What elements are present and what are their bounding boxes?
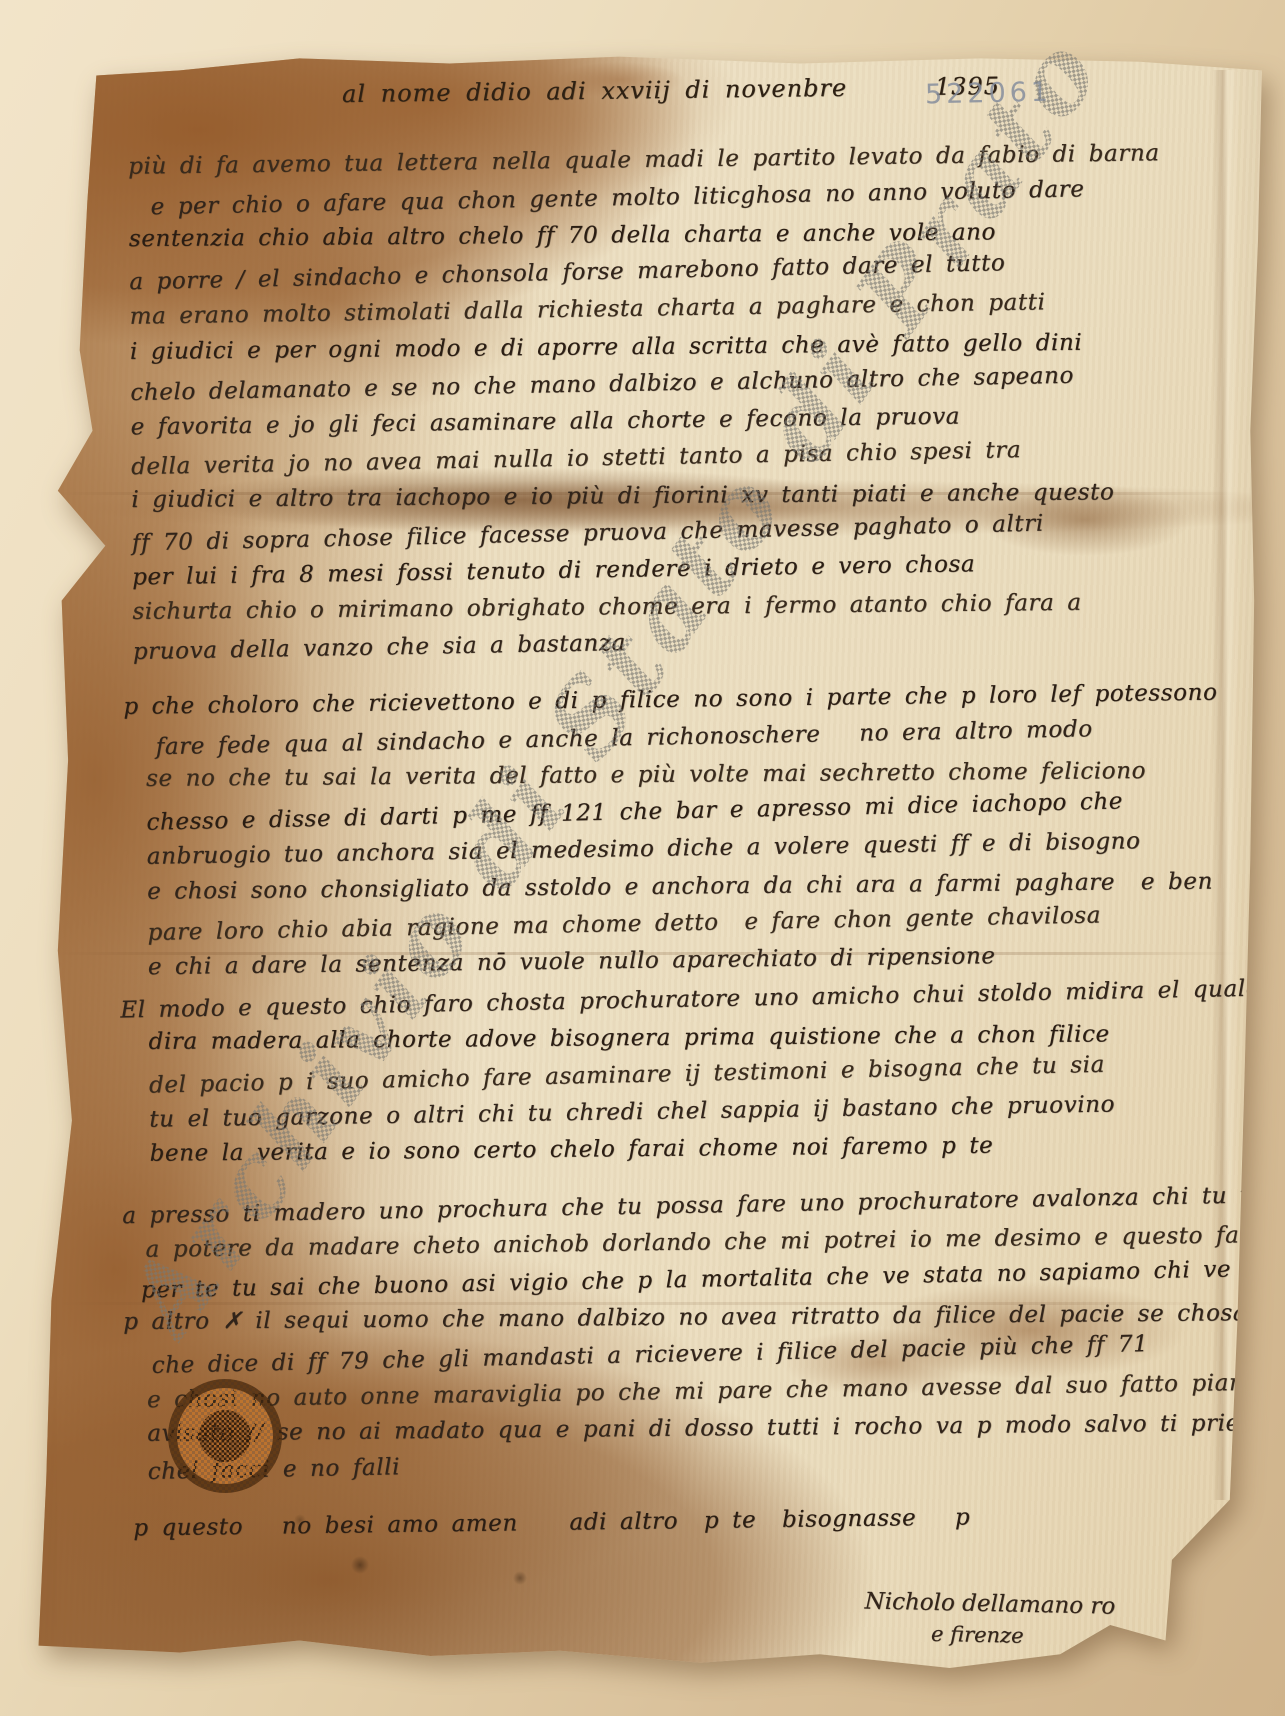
signature-name: Nicholo dellamano ro [864,1588,1115,1619]
handwritten-line-36: p questo no besi amo amen adi altro p te… [133,1504,970,1541]
handwritten-line-24: dira madera alla chorte adove bisognera … [148,1021,1109,1055]
handwritten-line-31: p altro ✗ il sequi uomo che mano dalbizo… [123,1300,1247,1335]
handwritten-line-3: sentenzia chio abia altro chelo ff 70 de… [129,219,996,252]
handwritten-line-33: e chosi no auto onne maraviglia po che m… [147,1370,1259,1413]
handwritten-line-9: della verita jo no avea mai nulla io ste… [131,437,1022,480]
handwritten-line-8: e favorita e jo gli feci asaminare alla … [130,404,960,441]
handwritten-line-29: a potere da madare cheto anichob dorland… [145,1222,1265,1263]
handwritten-line-17: se no che tu sai la verita del fatto e p… [146,758,1146,792]
handwritten-line-20: e chosi sono chonsigliato da sstoldo e a… [147,869,1213,905]
handwritten-line-4: a porre / el sindacho e chonsola forse m… [129,250,1006,295]
handwritten-line-19: anbruogio tuo anchora sia el medesimo di… [147,828,1141,870]
handwritten-line-28: a presso ti madero uno prochura che tu p… [122,1182,1285,1230]
handwritten-line-18: chesso e disse di darti p me ff 121 che … [146,788,1123,835]
handwritten-line-26: tu el tuo garzone o altri chi tu chredi … [149,1092,1115,1133]
handwritten-line-21: pare loro chio abia ragione ma chome det… [147,902,1101,945]
handwritten-line-14: pruova della vanzo che sia a bastanza [133,630,627,665]
handwritten-line-12: per lui i fra 8 mesi fossi tenuto di ren… [132,551,975,590]
handwritten-line-10: i giudici e altro tra iachopo e io più d… [131,479,1114,513]
handwritten-line-2: e per chio o afare qua chon gente molto … [150,176,1084,220]
manuscript-scan: al nome didio adi xxviij di novenbre 139… [0,0,1285,1716]
handwritten-line-25: del pacio p i suo amicho fare asaminare … [149,1052,1105,1099]
handwritten-line-6: i giudici e per ogni modo e di aporre al… [130,330,1083,365]
handwritten-line-32: che dice di ff 79 che gli mandasti a ric… [151,1331,1148,1379]
handwritten-line-34: avisato // se no ai madato qua e pani di… [147,1410,1285,1447]
handwritten-line-15: p che choloro che ricievettono e di p fi… [123,680,1217,720]
handwritten-line-13: sichurta chio o mirimano obrighato chome… [132,590,1081,625]
handwritten-line-30: per te tu sai che buono asi vigio che p … [141,1255,1285,1303]
handwritten-line-27: bene la verita e io sono certo chelo far… [150,1133,994,1167]
handwritten-line-22: e chi a dare la sentenza nō vuole nullo … [148,943,996,980]
handwritten-line-11: ff 70 di sopra chose filice facesse pruo… [132,511,1045,557]
archive-stamp-icon [168,1379,282,1493]
handwritten-line-23: El modo e questo chio faro chosta prochu… [120,976,1260,1024]
handwritten-line-16: fare fede qua al sindacho e anche la ric… [156,716,1093,760]
signature-place: e firenze [931,1622,1024,1648]
handwritten-line-7: chelo delamanato e se no che mano dalbiz… [130,363,1074,406]
handwritten-line-1: più di fa avemo tua lettera nella quale … [128,140,1160,179]
handwritten-line-5: ma erano molto stimolati dalla richiesta… [129,289,1045,329]
